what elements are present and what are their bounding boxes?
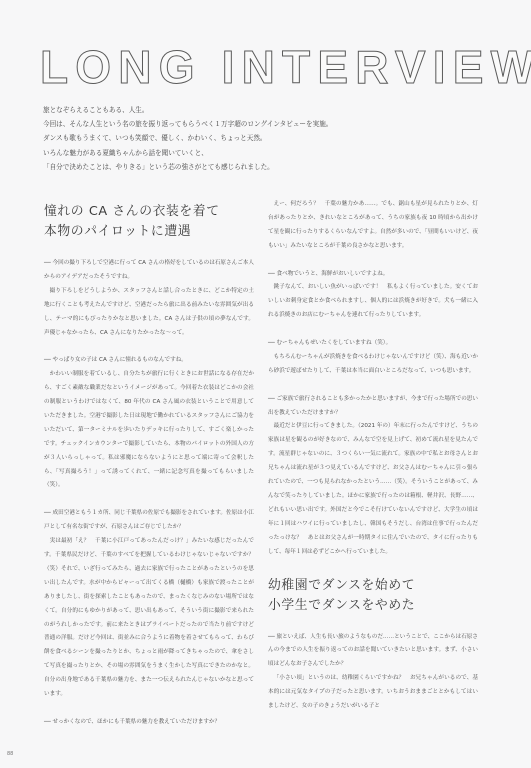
interview-question: ── 成田空港ともう１カ所、同じ千葉県の佐原でも撮影をされています。佐原は小江戸…: [44, 507, 254, 535]
interview-answer: 銚子なんて、おいしい魚がいっぱいです！ 私もよく行っていました。安くておいしいお…: [268, 281, 478, 323]
interview-answer: もちろんむーちゃんが浜焼きを食べるわけじゃないんですけど（笑）、海も近いから砂浜…: [268, 351, 478, 379]
interview-answer: 撮り下ろしをどうしようか、スタッフさんと話し合ったときに、どこか特定の土地に行く…: [44, 285, 254, 341]
heading-line: 小学生でダンスをやめた: [268, 596, 478, 616]
lead-line: いろんな魅力がある夏織ちゃんから話を聞いていくと、: [43, 146, 473, 160]
interview-answer: かわいい制服を着ているし、自分たちが旅行に行くときにお世話になる存在だから、すご…: [44, 368, 254, 493]
spacer: [44, 340, 254, 354]
heading-line: 幼稚園でダンスを始めて: [268, 576, 478, 596]
interview-question: ── せっかくなので、ほかにも千葉県の魅力を教えていただけますか？: [44, 716, 254, 730]
spacer: [268, 323, 478, 337]
left-column: 憧れの CA さんの衣装を着て 本物のパイロットに遭遇 ── 今回の撮り下ろしで…: [44, 198, 254, 730]
lead-line: 「自分で決めたことは、やりきる」という芯の強さがとても感じられました。: [43, 160, 473, 174]
interview-question: ── ご家族で旅行されることも多かったかと思いますが、今まで行った場所での思い出…: [268, 393, 478, 421]
interview-question: ── 今回の撮り下ろしで空港に行って CA さんの格好をしているのは石原さんご本…: [44, 257, 254, 285]
heading-line: 本物のパイロットに遭遇: [44, 222, 254, 242]
interview-question: ── やっぱり女の子は CA さんに憧れるものなんですね。: [44, 354, 254, 368]
spacer: [268, 379, 478, 393]
heading-line: 憧れの CA さんの衣装を着て: [44, 202, 254, 222]
interview-answer: 実は最初「え？ 千葉に小江戸ってあったんだっけ？」みたいな感じだったんです。千葉…: [44, 535, 254, 702]
right-column: えー、何だろう？ 千葉の魅力かあ……。でも、鋸山も星が見られたりとか、灯台があっ…: [268, 198, 478, 714]
interview-question: ── 旅といえば、人生も長い旅のようなものだ……ということで、ここからは石原さん…: [268, 631, 478, 673]
interview-question: ── むーちゃんもぜいたくをしていますね（笑）。: [268, 337, 478, 351]
lead-line: ダンスも歌もうまくて、いつも笑顔で、優しく、かわいく、ちょっと天然。: [43, 131, 473, 145]
page-title: LONG INTERVIEW: [40, 42, 500, 92]
section-heading: 幼稚園でダンスを始めて 小学生でダンスをやめた: [268, 576, 478, 616]
spacer: [268, 254, 478, 268]
lead-line: 旅となぞらえることもある、人生。: [43, 103, 473, 117]
page-number: 88: [7, 751, 13, 757]
interview-answer: 最近だと伊豆に行ってきました。（2021 年の）年末に行ったんですけど、うちの家…: [268, 420, 478, 559]
section-heading: 憧れの CA さんの衣装を着て 本物のパイロットに遭遇: [44, 202, 254, 242]
spacer: [44, 493, 254, 507]
lead-text: 旅となぞらえることもある、人生。 今回は、そんな人生という名の旅を振り返ってもら…: [43, 103, 473, 174]
lead-line: 今回は、そんな人生という名の旅を振り返ってもらうべく１万字超のロングインタビュー…: [43, 117, 473, 131]
interview-answer: えー、何だろう？ 千葉の魅力かあ……。でも、鋸山も星が見られたりとか、灯台があっ…: [268, 198, 478, 254]
interview-answer: 「小さい頃」というのは、幼稚園くらいですかね？ お兄ちゃんがいるので、基本的には…: [268, 672, 478, 714]
interview-question: ── 食べ物でいうと、海鮮がおいしいですよね。: [268, 268, 478, 282]
spacer: [44, 702, 254, 716]
